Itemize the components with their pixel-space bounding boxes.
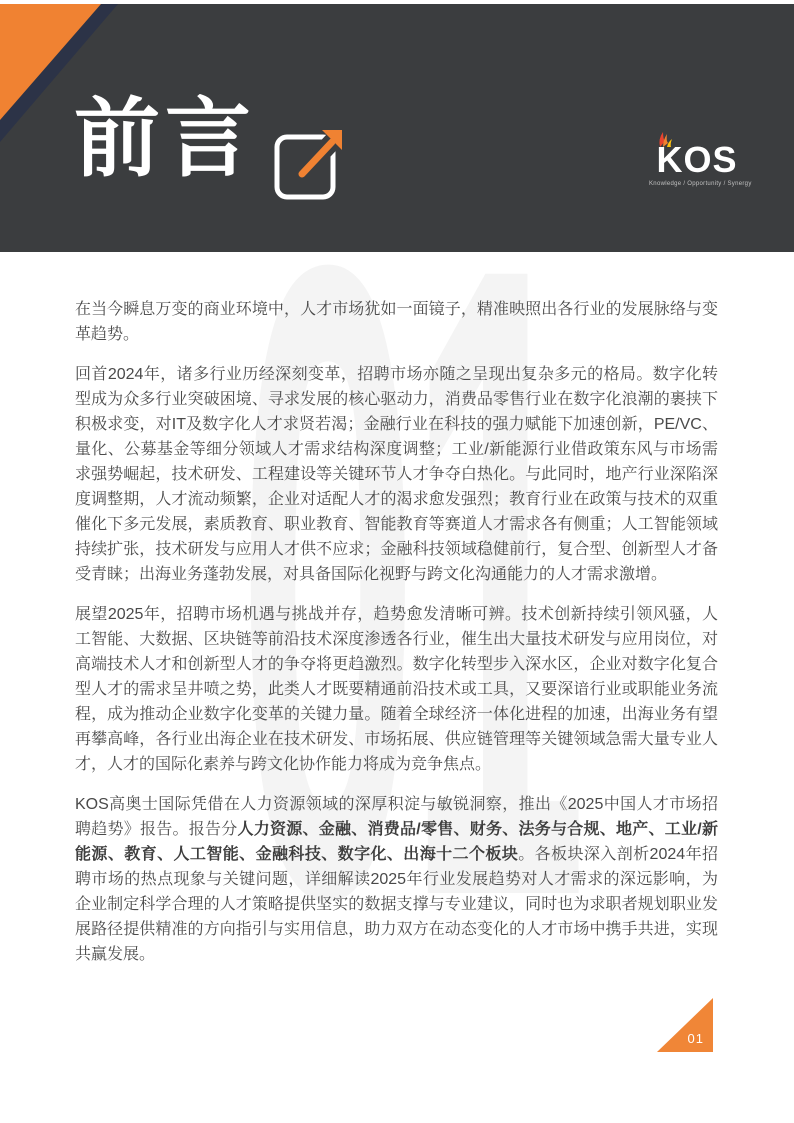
kos-logo: KOS Knowledge / Opportunity / Synergy — [649, 142, 745, 187]
title-row: 前言 — [74, 90, 354, 200]
kos-flame-icon — [658, 131, 674, 148]
page-corner-triangle: 01 — [657, 998, 713, 1052]
kos-tagline: Knowledge / Opportunity / Synergy — [649, 181, 745, 187]
external-link-icon — [272, 116, 354, 200]
paragraph-3: 展望2025年，招聘市场机遇与挑战并存，趋势愈发清晰可辨。技术创新持续引领风骚，… — [75, 602, 718, 777]
paragraph-2: 回首2024年，诸多行业历经深刻变革，招聘市场亦随之呈现出复杂多元的格局。数字化… — [75, 362, 718, 587]
paragraph-4: KOS高奥士国际凭借在人力资源领域的深厚积淀与敏锐洞察，推出《2025中国人才市… — [75, 792, 718, 967]
report-page: 01 前言 KOS Knowledge / Opportunity — [0, 0, 794, 1123]
kos-logo-text: KOS — [649, 142, 745, 178]
paragraph-4-post: 。各板块深入剖析2024年招聘市场的热点现象与关键问题，详细解读2025年行业发… — [75, 846, 718, 963]
body-content: 在当今瞬息万变的商业环境中，人才市场犹如一面镜子，精准映照出各行业的发展脉络与变… — [75, 297, 718, 982]
page-title: 前言 — [74, 90, 256, 189]
page-header: 前言 KOS Knowledge / Opportunity / Synergy — [0, 4, 794, 252]
page-number: 01 — [688, 1031, 704, 1046]
paragraph-1: 在当今瞬息万变的商业环境中，人才市场犹如一面镜子，精准映照出各行业的发展脉络与变… — [75, 297, 718, 347]
